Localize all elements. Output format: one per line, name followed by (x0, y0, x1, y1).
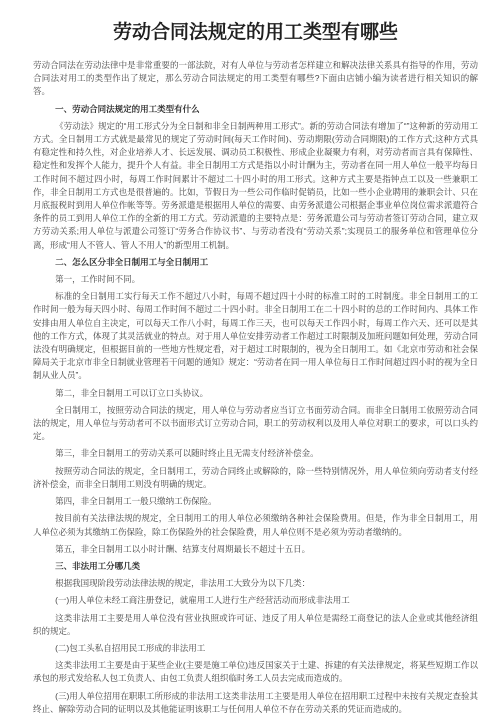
paragraph: 第二，非全日制用工可以订立口头协议。 (33, 387, 478, 400)
paragraph: (三)用人单位招用在职职工所形成的非法用工这类非法用工主要是用人单位在招用职工过… (33, 690, 478, 713)
paragraph: 第四，非全日制用工一般只缴纳工伤保险。 (33, 495, 478, 508)
paragraph: 根据我国现阶段劳动法律法规的规定，非法用工大致分为以下几类： (33, 577, 478, 590)
paragraph: 第五，非全日制用工以小时计酬、结算支付周期最长不超过十五日。 (33, 543, 478, 556)
article-body: 劳动合同法在劳动法律中是非常重要的一部法院，对有人单位与劳动者怎样建立和解决法律… (33, 59, 478, 713)
paragraph: (一)用人单位未经工商注册登记，就雇用工人进行生产经营活动而形成非法用工 (33, 594, 478, 607)
page-title: 劳动合同法规定的用工类型有哪些 (33, 22, 478, 44)
section-heading: 一、劳动合同法规定的用工类型有什么 (33, 103, 478, 116)
paragraph: (二)包工头私自招用民工形成的非法用工 (33, 642, 478, 655)
section-heading: 三、非法用工分哪几类 (33, 560, 478, 573)
paragraph: 标准的全日制用工实行每天工作不超过八小时，每周不超过四十小时的标准工时的工时制度… (33, 290, 478, 382)
paragraph: 全日制用工，按照劳动合同法的规定，用人单位与劳动者应当订立书面劳动合同。而非全日… (33, 404, 478, 444)
paragraph: 劳动合同法在劳动法律中是非常重要的一部法院，对有人单位与劳动者怎样建立和解决法律… (33, 59, 478, 99)
section-heading: 二、怎么区分非全日制用工与全日制用工 (33, 256, 478, 269)
paragraph: 《劳动法》规定的“用工形式分为全日制和非全日制两种用工形式”。新的劳动合同法有增… (33, 120, 478, 252)
article-page: 劳动合同法规定的用工类型有哪些 劳动合同法在劳动法律中是非常重要的一部法院，对有… (0, 0, 504, 713)
paragraph: 第三，非全日制用工的劳动关系可以随时终止且无需支付经济补偿金。 (33, 447, 478, 460)
paragraph: 按照劳动合同法的规定，全日制用工，劳动合同终止或解除的，除一些特别情况外，用人单… (33, 465, 478, 491)
paragraph: 这类非法用工主要是用人单位没有营业执照或许可证、违反了用人单位是需经工商登记的法… (33, 612, 478, 638)
paragraph: 按目前有关法律法规的规定，全日制用工的用人单位必须缴纳各种社会保险费用。但是，作… (33, 512, 478, 538)
paragraph: 这类非法用工主要是由于某些企业(主要是施工单位)违反国家关于土建、拆建的有关法律… (33, 659, 478, 685)
paragraph: 第一，工作时间不同。 (33, 273, 478, 286)
